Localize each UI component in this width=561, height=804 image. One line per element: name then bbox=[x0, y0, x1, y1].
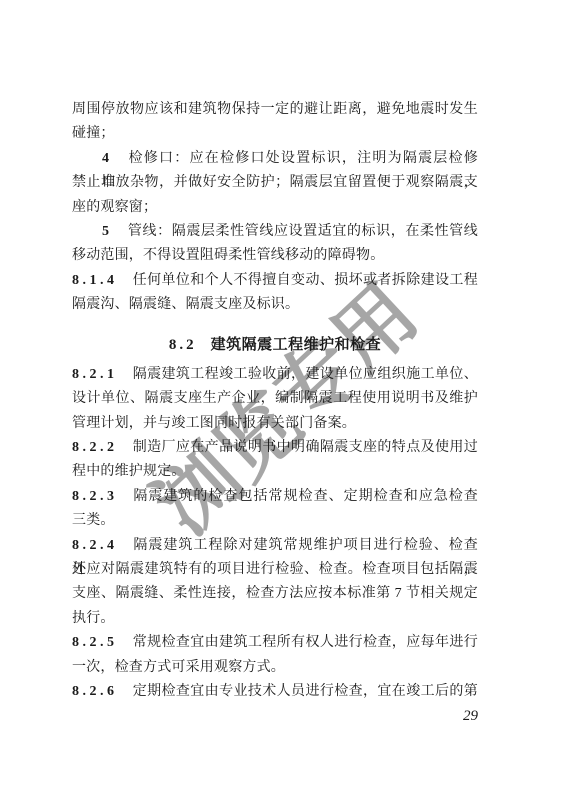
text-column: 周围停放物应该和建筑物保持一定的避让距离，避免地震时发生碰撞；4检修口：应在检修… bbox=[72, 98, 478, 704]
line-text: 执行。 bbox=[72, 611, 115, 626]
clause-line: 8.2.3隔震建筑的检查包括常规检查、定期检查和应急检查 bbox=[72, 485, 478, 509]
clause-line: 5管线：隔震层柔性管线应设置适宜的标识，在柔性管线 bbox=[72, 220, 478, 244]
line-text: 隔震建筑的检查包括常规检查、定期检查和应急检查 bbox=[133, 489, 479, 504]
line-text: 碰撞； bbox=[72, 126, 115, 141]
text-line: 碰撞； bbox=[72, 122, 478, 146]
clause-line: 8.2.2制造厂应在产品说明书中明确隔震支座的特点及使用过 bbox=[72, 436, 478, 460]
text-line: 隔震沟、隔震缝、隔震支座及标识。 bbox=[72, 293, 478, 317]
line-text: 一次，检查方式可采用观察方式。 bbox=[72, 660, 285, 675]
text-line: 座的观察窗； bbox=[72, 196, 478, 220]
clause-number: 8.1.4 bbox=[72, 273, 118, 288]
clause-number: 8.2.5 bbox=[72, 635, 118, 650]
text-line: 周围停放物应该和建筑物保持一定的避让距离，避免地震时发生 bbox=[72, 98, 478, 122]
line-text: 常规检查宜由建筑工程所有权人进行检查，应每年进行 bbox=[133, 635, 479, 650]
text-line: 支座、隔震缝、柔性连接，检查方法应按本标准第 7 节相关规定 bbox=[72, 582, 478, 606]
page-number: 29 bbox=[72, 704, 478, 728]
line-text: 设计单位、隔震支座生产企业，编制隔震工程使用说明书及维护 bbox=[72, 391, 478, 406]
clause-number: 4 bbox=[102, 151, 113, 166]
line-text: 禁止堆放杂物，并做好安全防护；隔震层宜留置便于观察隔震支 bbox=[72, 175, 478, 190]
line-text: 制造厂应在产品说明书中明确隔震支座的特点及使用过 bbox=[133, 440, 479, 455]
clause-line: 8.2.1隔震建筑工程竣工验收前，建设单位应组织施工单位、 bbox=[72, 363, 478, 387]
line-text: 任何单位和个人不得擅自变动、损坏或者拆除建设工程 bbox=[133, 273, 479, 288]
clause-number: 8.2.3 bbox=[72, 489, 118, 504]
line-text: 隔震建筑工程竣工验收前，建设单位应组织施工单位、 bbox=[133, 367, 479, 382]
text-line: 还应对隔震建筑特有的项目进行检验、检查。检查项目包括隔震 bbox=[72, 558, 478, 582]
section-heading: 8.2建筑隔震工程维护和检查 bbox=[72, 333, 478, 357]
section-heading-title: 建筑隔震工程维护和检查 bbox=[211, 337, 382, 353]
text-line: 执行。 bbox=[72, 607, 478, 631]
clause-number: 8.2.1 bbox=[72, 367, 118, 382]
text-line: 移动范围，不得设置阻碍柔性管线移动的障碍物。 bbox=[72, 244, 478, 268]
clause-line: 8.2.6定期检查宜由专业技术人员进行检查，宜在竣工后的第 bbox=[72, 680, 478, 704]
line-text: 定期检查宜由专业技术人员进行检查，宜在竣工后的第 bbox=[133, 684, 479, 699]
clause-number: 8.2.4 bbox=[72, 538, 118, 553]
line-text: 支座、隔震缝、柔性连接，检查方法应按本标准第 7 节相关规定 bbox=[72, 586, 478, 601]
clause-line: 8.2.4隔震建筑工程除对建筑常规维护项目进行检验、检查外， bbox=[72, 534, 478, 558]
line-text: 还应对隔震建筑特有的项目进行检验、检查。检查项目包括隔震 bbox=[72, 562, 478, 577]
line-text: 程中的维护规定。 bbox=[72, 464, 186, 479]
line-text: 移动范围，不得设置阻碍柔性管线移动的障碍物。 bbox=[72, 248, 384, 263]
text-line: 一次，检查方式可采用观察方式。 bbox=[72, 656, 478, 680]
line-text: 座的观察窗； bbox=[72, 200, 157, 215]
clause-line: 8.1.4任何单位和个人不得擅自变动、损坏或者拆除建设工程 bbox=[72, 269, 478, 293]
text-line: 三类。 bbox=[72, 509, 478, 533]
clause-line: 8.2.5常规检查宜由建筑工程所有权人进行检查，应每年进行 bbox=[72, 631, 478, 655]
line-text: 隔震沟、隔震缝、隔震支座及标识。 bbox=[72, 297, 299, 312]
text-line: 禁止堆放杂物，并做好安全防护；隔震层宜留置便于观察隔震支 bbox=[72, 171, 478, 195]
clause-number: 8.2.2 bbox=[72, 440, 118, 455]
line-text: 管线：隔震层柔性管线应设置适宜的标识，在柔性管线 bbox=[128, 224, 479, 239]
clause-line: 4检修口：应在检修口处设置标识，注明为隔震层检修口， bbox=[72, 147, 478, 171]
line-text: 管理计划，并与竣工图同时报有关部门备案。 bbox=[72, 416, 356, 431]
clause-number: 5 bbox=[102, 224, 113, 239]
page-content: 周围停放物应该和建筑物保持一定的避让距离，避免地震时发生碰撞；4检修口：应在检修… bbox=[0, 0, 561, 729]
line-text: 三类。 bbox=[72, 513, 115, 528]
section-heading-number: 8.2 bbox=[169, 337, 197, 353]
document-page: 浏览专用 周围停放物应该和建筑物保持一定的避让距离，避免地震时发生碰撞；4检修口… bbox=[0, 0, 561, 804]
text-line: 设计单位、隔震支座生产企业，编制隔震工程使用说明书及维护 bbox=[72, 387, 478, 411]
clause-number: 8.2.6 bbox=[72, 684, 118, 699]
line-text: 周围停放物应该和建筑物保持一定的避让距离，避免地震时发生 bbox=[72, 102, 478, 117]
text-line: 管理计划，并与竣工图同时报有关部门备案。 bbox=[72, 412, 478, 436]
text-line: 程中的维护规定。 bbox=[72, 460, 478, 484]
